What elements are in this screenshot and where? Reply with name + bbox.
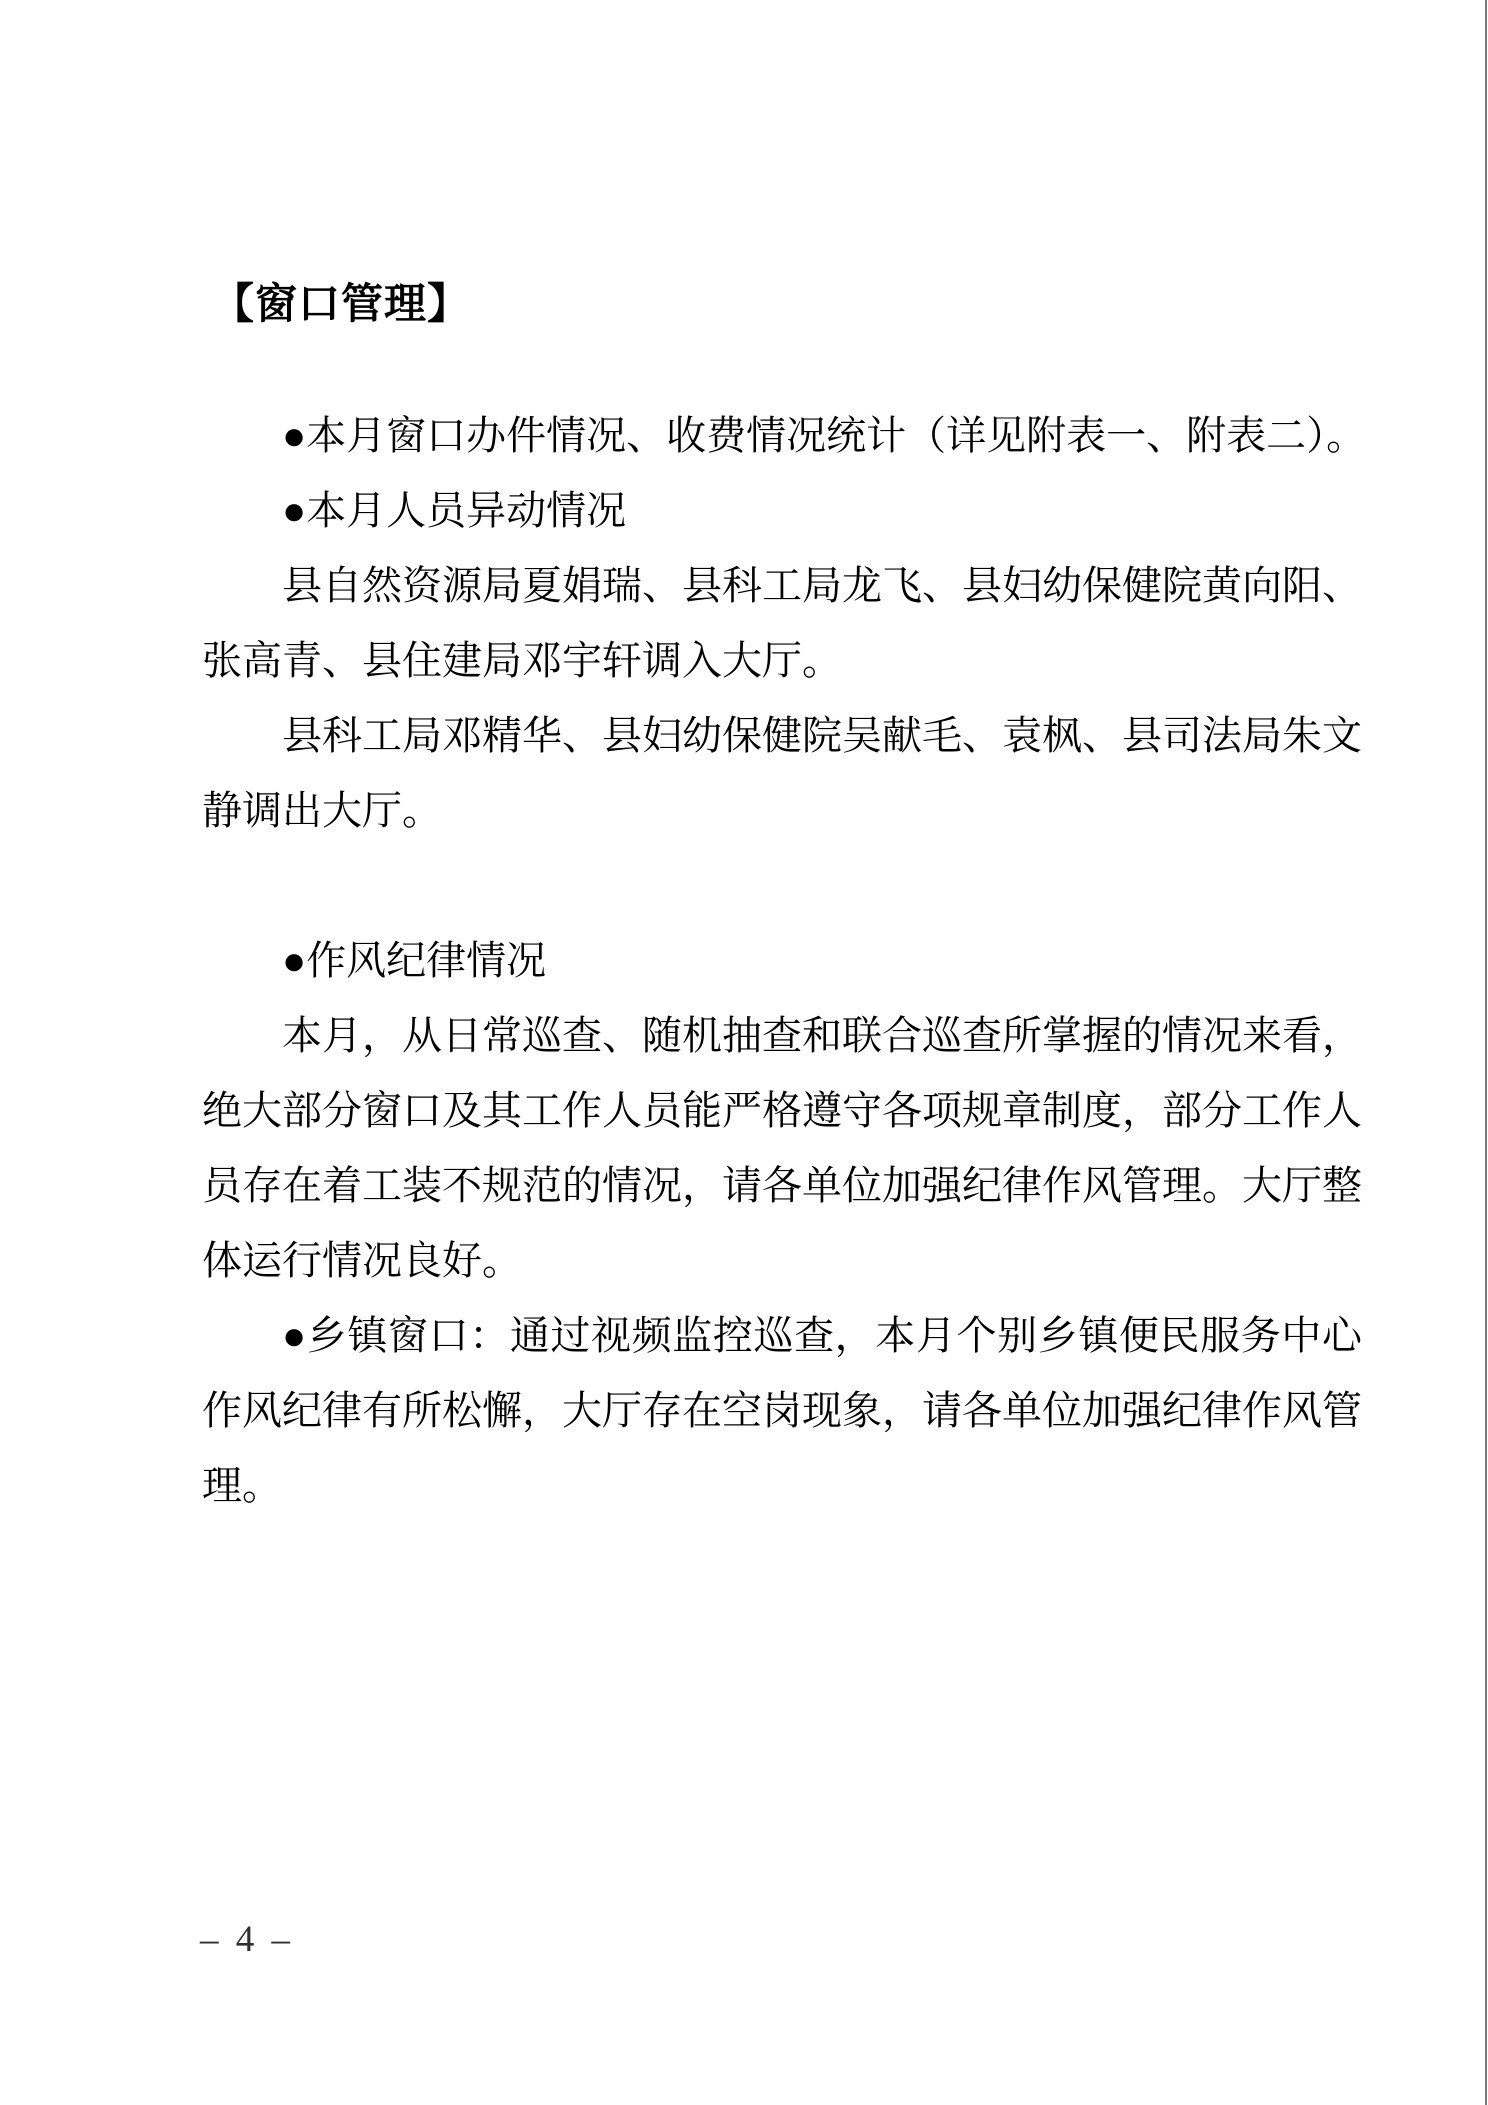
document-page: 【窗口管理】 ●本月窗口办件情况、收费情况统计（详见附表一、附表二）。●本月人员… (0, 0, 1488, 2105)
text-line: 县科工局邓精华、县妇幼保健院吴献毛、袁枫、县司法局朱文 (202, 698, 1362, 773)
text-line: 体运行情况良好。 (202, 1223, 1362, 1298)
text-line: 张高青、县住建局邓宇轩调入大厅。 (202, 623, 1362, 698)
body-text: ●本月窗口办件情况、收费情况统计（详见附表一、附表二）。●本月人员异动情况县自然… (202, 398, 1362, 1523)
text-line: ●本月人员异动情况 (202, 473, 1362, 548)
text-line (202, 848, 1362, 923)
page-number: – 4 – (200, 1916, 294, 1964)
text-line: 县自然资源局夏娟瑞、县科工局龙飞、县妇幼保健院黄向阳、 (202, 548, 1362, 623)
text-line: 员存在着工装不规范的情况，请各单位加强纪律作风管理。大厅整 (202, 1148, 1362, 1223)
text-line: 绝大部分窗口及其工作人员能严格遵守各项规章制度，部分工作人 (202, 1073, 1362, 1148)
page-right-edge-line (1485, 0, 1487, 2105)
text-line: ●乡镇窗口：通过视频监控巡查，本月个别乡镇便民服务中心 (202, 1298, 1362, 1373)
text-line: ●本月窗口办件情况、收费情况统计（详见附表一、附表二）。 (202, 398, 1362, 473)
text-line: 本月，从日常巡查、随机抽查和联合巡查所掌握的情况来看， (202, 998, 1362, 1073)
text-line: 理。 (202, 1448, 1362, 1523)
text-line: 作风纪律有所松懈，大厅存在空岗现象，请各单位加强纪律作风管 (202, 1373, 1362, 1448)
text-line: 静调出大厅。 (202, 773, 1362, 848)
text-line: ●作风纪律情况 (202, 923, 1362, 998)
section-heading: 【窗口管理】 (212, 279, 470, 329)
